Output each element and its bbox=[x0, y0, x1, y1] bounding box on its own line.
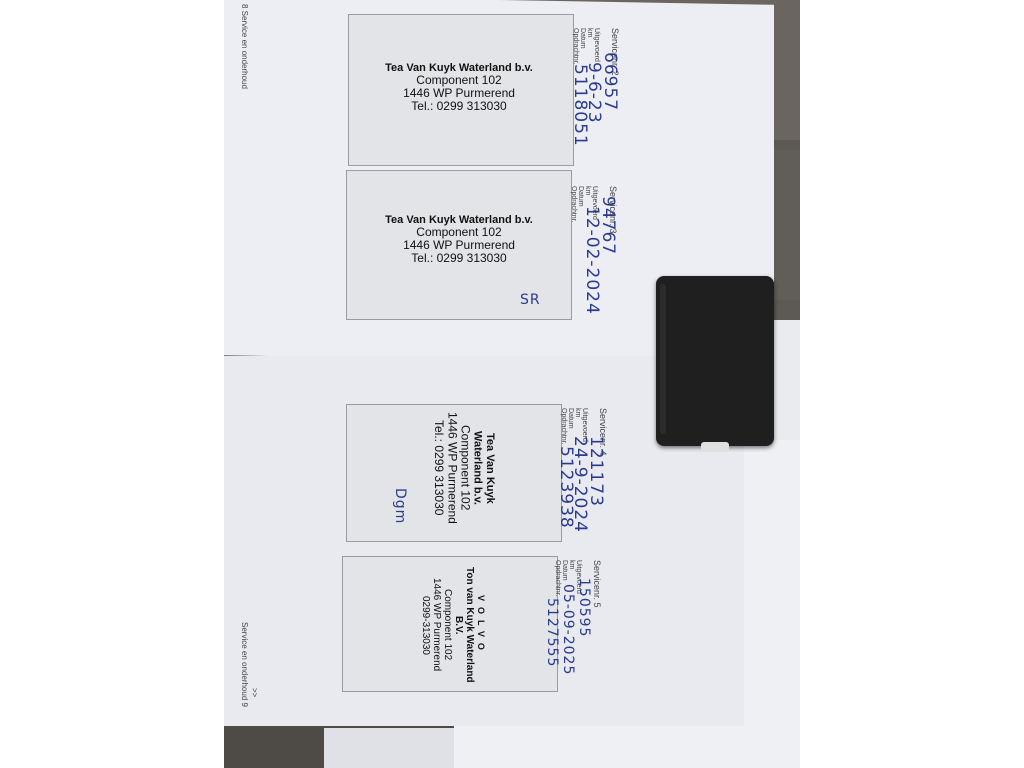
handwritten-order-no: 5118051 bbox=[570, 64, 590, 147]
handwritten-order-no: 5123938 bbox=[556, 446, 576, 529]
handwritten-order-no: 5127555 bbox=[544, 598, 560, 667]
initials: Dgm bbox=[392, 488, 408, 524]
initials: SR bbox=[520, 292, 541, 308]
photo: 8 Service en onderhoud Service en onderh… bbox=[224, 0, 800, 768]
dealer-stamp: Tea Van Kuyk Waterland b.v. Component 10… bbox=[374, 214, 544, 266]
key-fob bbox=[656, 276, 774, 446]
handwritten-km: 150595 bbox=[576, 578, 592, 637]
handwritten-date: 05-09-2025 bbox=[560, 584, 576, 675]
page-footer-left: 8 Service en onderhoud bbox=[240, 4, 249, 89]
continue-mark: >> bbox=[250, 688, 259, 697]
handwritten-date: 12-02-2024 bbox=[582, 206, 602, 315]
dealer-stamp: Tea Van Kuyk Waterland b.v. Component 10… bbox=[374, 62, 544, 114]
key-fob-edge bbox=[660, 284, 666, 434]
background-rail bbox=[324, 728, 454, 768]
dealer-stamp: Tea Van Kuyk Waterland b.v. Component 10… bbox=[432, 408, 496, 528]
dealer-stamp: VOLVO Ton van Kuyk Waterland B.V. Compon… bbox=[420, 566, 485, 684]
page-footer-right: Service en onderhoud 9 bbox=[240, 622, 249, 707]
key-fob-tab bbox=[701, 442, 729, 452]
